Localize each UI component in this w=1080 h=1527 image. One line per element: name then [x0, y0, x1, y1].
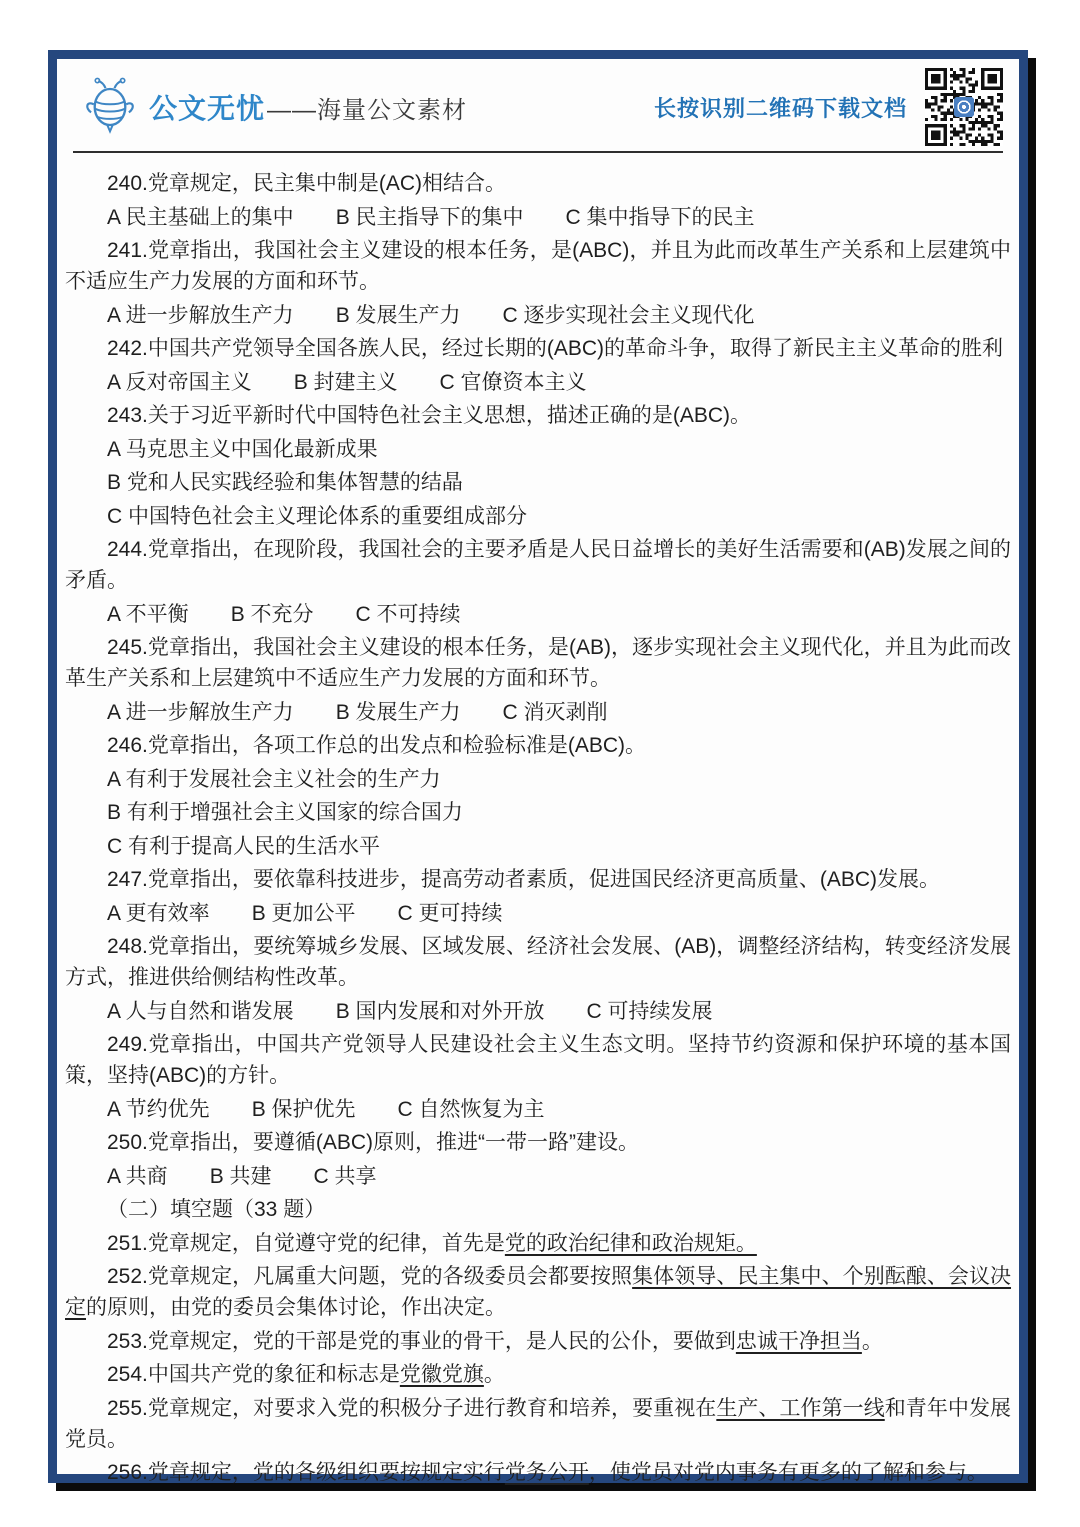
section-heading: （二）填空题（33 题）: [65, 1194, 1011, 1225]
option-item: A 进一步解放生产力: [107, 304, 294, 327]
text-segment: 240.党章规定，民主集中制是(AC)相结合。: [107, 172, 506, 195]
blank-answer: 党务公开: [505, 1461, 589, 1484]
text-segment: ，使党员对党内事务有更多的了解和参与。: [589, 1461, 988, 1484]
blank-answer: 党的政治纪律和政治规矩。: [505, 1232, 757, 1255]
question-paragraph: 254.中国共产党的象征和标志是党徽党旗。: [65, 1359, 1011, 1390]
option-item: A 民主基础上的集中: [107, 206, 294, 229]
text-segment: 241.党章指出，我国社会主义建设的根本任务，是(ABC)，并且为此而改革生产关…: [65, 239, 1011, 293]
option-item: A 进一步解放生产力: [107, 701, 294, 724]
brand-logo: 公文无忧 ——海量公文素材: [83, 77, 467, 137]
document-body: 240.党章规定，民主集中制是(AC)相结合。A 民主基础上的集中B 民主指导下…: [57, 153, 1019, 1488]
options-line: A 进一步解放生产力B 发展生产力C 逐步实现社会主义现代化: [65, 300, 1011, 331]
option-item: C 有利于提高人民的生活水平: [107, 835, 380, 858]
text-segment: 244.党章指出，在现阶段，我国社会的主要矛盾是人民日益增长的美好生活需要和(A…: [65, 538, 1011, 592]
options-line: A 更有效率B 更加公平C 更可持续: [65, 898, 1011, 929]
option-item: B 国内发展和对外开放: [336, 1000, 545, 1023]
option-item: B 封建主义: [294, 371, 398, 394]
option-item: B 共建: [210, 1165, 272, 1188]
text-segment: （二）填空题（33 题）: [107, 1198, 325, 1221]
option-item: C 逐步实现社会主义现代化: [503, 304, 755, 327]
question-paragraph: 256.党章规定，党的各级组织要按规定实行党务公开，使党员对党内事务有更多的了解…: [65, 1457, 1011, 1488]
option-item: C 消灭剥削: [503, 701, 608, 724]
options-line: C 有利于提高人民的生活水平: [65, 831, 1011, 862]
option-item: C 可持续发展: [587, 1000, 713, 1023]
question-paragraph: 243.关于习近平新时代中国特色社会主义思想，描述正确的是(ABC)。: [65, 400, 1011, 431]
text-segment: 253.党章规定，党的干部是党的事业的骨干，是人民的公仆，要做到: [107, 1330, 736, 1353]
question-paragraph: 240.党章规定，民主集中制是(AC)相结合。: [65, 168, 1011, 199]
options-line: A 不平衡B 不充分C 不可持续: [65, 599, 1011, 630]
option-item: C 自然恢复为主: [398, 1098, 545, 1121]
option-item: B 有利于增强社会主义国家的综合国力: [107, 801, 463, 824]
text-segment: 247.党章指出，要依靠科技进步，提高劳动者素质，促进国民经济更高质量、(ABC…: [107, 868, 940, 891]
text-segment: 的原则，由党的委员会集体讨论，作出决定。: [86, 1296, 506, 1319]
option-item: A 更有效率: [107, 902, 210, 925]
option-item: C 集中指导下的民主: [566, 206, 755, 229]
document-sheet: 公文无忧 ——海量公文素材 长按识别二维码下载文档 240.党章规定，民主集中制…: [48, 50, 1028, 1483]
text-segment: 250.党章指出，要遵循(ABC)原则，推进“一带一路”建设。: [107, 1131, 639, 1154]
text-segment: 256.党章规定，党的各级组织要按规定实行: [107, 1461, 505, 1484]
options-line: A 反对帝国主义B 封建主义C 官僚资本主义: [65, 367, 1011, 398]
question-paragraph: 253.党章规定，党的干部是党的事业的骨干，是人民的公仆，要做到忠诚干净担当。: [65, 1326, 1011, 1357]
option-item: C 共享: [314, 1165, 377, 1188]
option-item: B 保护优先: [252, 1098, 356, 1121]
blank-answer: 生产、工作第一线: [716, 1397, 884, 1420]
question-paragraph: 247.党章指出，要依靠科技进步，提高劳动者素质，促进国民经济更高质量、(ABC…: [65, 864, 1011, 895]
qr-code-image[interactable]: [925, 68, 1003, 146]
page-header: 公文无忧 ——海量公文素材 长按识别二维码下载文档: [57, 59, 1019, 147]
blank-answer: 忠诚干净担当: [736, 1330, 862, 1353]
text-segment: 242.中国共产党领导全国各族人民，经过长期的(ABC)的革命斗争，取得了新民主…: [107, 337, 1003, 360]
text-segment: 243.关于习近平新时代中国特色社会主义思想，描述正确的是(ABC)。: [107, 404, 751, 427]
question-paragraph: 246.党章指出，各项工作总的出发点和检验标准是(ABC)。: [65, 730, 1011, 761]
option-item: C 官僚资本主义: [440, 371, 587, 394]
option-item: B 发展生产力: [336, 304, 461, 327]
option-item: A 马克思主义中国化最新成果: [107, 438, 378, 461]
text-segment: 255.党章规定，对要求入党的积极分子进行教育和培养，要重视在: [107, 1397, 716, 1420]
options-line: A 马克思主义中国化最新成果: [65, 434, 1011, 465]
question-paragraph: 250.党章指出，要遵循(ABC)原则，推进“一带一路”建设。: [65, 1127, 1011, 1158]
brand-subtitle: ——海量公文素材: [267, 90, 467, 125]
options-line: B 党和人民实践经验和集体智慧的结晶: [65, 467, 1011, 498]
options-line: B 有利于增强社会主义国家的综合国力: [65, 797, 1011, 828]
option-item: A 反对帝国主义: [107, 371, 252, 394]
option-item: A 共商: [107, 1165, 168, 1188]
blank-answer: 党徽党旗: [400, 1363, 484, 1386]
question-paragraph: 249.党章指出，中国共产党领导人民建设社会主义生态文明。坚持节约资源和保护环境…: [65, 1029, 1011, 1091]
text-segment: 。: [862, 1330, 883, 1353]
option-item: A 不平衡: [107, 603, 189, 626]
option-item: C 更可持续: [398, 902, 503, 925]
option-item: B 更加公平: [252, 902, 356, 925]
option-item: A 有利于发展社会主义社会的生产力: [107, 768, 441, 791]
text-segment: 254.中国共产党的象征和标志是: [107, 1363, 400, 1386]
text-segment: 246.党章指出，各项工作总的出发点和检验标准是(ABC)。: [107, 734, 646, 757]
options-line: A 节约优先B 保护优先C 自然恢复为主: [65, 1094, 1011, 1125]
option-item: B 发展生产力: [336, 701, 461, 724]
question-paragraph: 251.党章规定，自觉遵守党的纪律，首先是党的政治纪律和政治规矩。: [65, 1228, 1011, 1259]
text-segment: 248.党章指出，要统筹城乡发展、区域发展、经济社会发展、(AB)，调整经济结构…: [65, 935, 1011, 989]
options-line: A 进一步解放生产力B 发展生产力C 消灭剥削: [65, 697, 1011, 728]
bee-logo-icon: [83, 77, 137, 137]
text-segment: 249.党章指出，中国共产党领导人民建设社会主义生态文明。坚持节约资源和保护环境…: [65, 1033, 1011, 1087]
options-line: C 中国特色社会主义理论体系的重要组成部分: [65, 501, 1011, 532]
option-item: B 不充分: [231, 603, 314, 626]
question-paragraph: 242.中国共产党领导全国各族人民，经过长期的(ABC)的革命斗争，取得了新民主…: [65, 333, 1011, 364]
question-paragraph: 255.党章规定，对要求入党的积极分子进行教育和培养，要重视在生产、工作第一线和…: [65, 1393, 1011, 1455]
option-item: B 党和人民实践经验和集体智慧的结晶: [107, 471, 463, 494]
text-segment: 252.党章规定，凡属重大问题，党的各级委员会都要按照: [107, 1265, 632, 1288]
option-item: A 人与自然和谐发展: [107, 1000, 294, 1023]
question-paragraph: 248.党章指出，要统筹城乡发展、区域发展、经济社会发展、(AB)，调整经济结构…: [65, 931, 1011, 993]
question-paragraph: 252.党章规定，凡属重大问题，党的各级委员会都要按照集体领导、民主集中、个别酝…: [65, 1261, 1011, 1323]
text-segment: 。: [484, 1363, 505, 1386]
option-item: C 中国特色社会主义理论体系的重要组成部分: [107, 505, 527, 528]
options-line: A 人与自然和谐发展B 国内发展和对外开放C 可持续发展: [65, 996, 1011, 1027]
text-segment: 245.党章指出，我国社会主义建设的根本任务，是(AB)，逐步实现社会主义现代化…: [65, 636, 1011, 690]
question-paragraph: 245.党章指出，我国社会主义建设的根本任务，是(AB)，逐步实现社会主义现代化…: [65, 632, 1011, 694]
question-paragraph: 241.党章指出，我国社会主义建设的根本任务，是(ABC)，并且为此而改革生产关…: [65, 235, 1011, 297]
option-item: B 民主指导下的集中: [336, 206, 524, 229]
options-line: A 有利于发展社会主义社会的生产力: [65, 764, 1011, 795]
options-line: A 共商B 共建C 共享: [65, 1161, 1011, 1192]
brand-name: 公文无忧: [149, 87, 265, 127]
text-segment: 251.党章规定，自觉遵守党的纪律，首先是: [107, 1232, 505, 1255]
option-item: C 不可持续: [356, 603, 461, 626]
options-line: A 民主基础上的集中B 民主指导下的集中C 集中指导下的民主: [65, 202, 1011, 233]
qr-hint-label: 长按识别二维码下载文档: [654, 92, 907, 123]
option-item: A 节约优先: [107, 1098, 210, 1121]
question-paragraph: 244.党章指出，在现阶段，我国社会的主要矛盾是人民日益增长的美好生活需要和(A…: [65, 534, 1011, 596]
